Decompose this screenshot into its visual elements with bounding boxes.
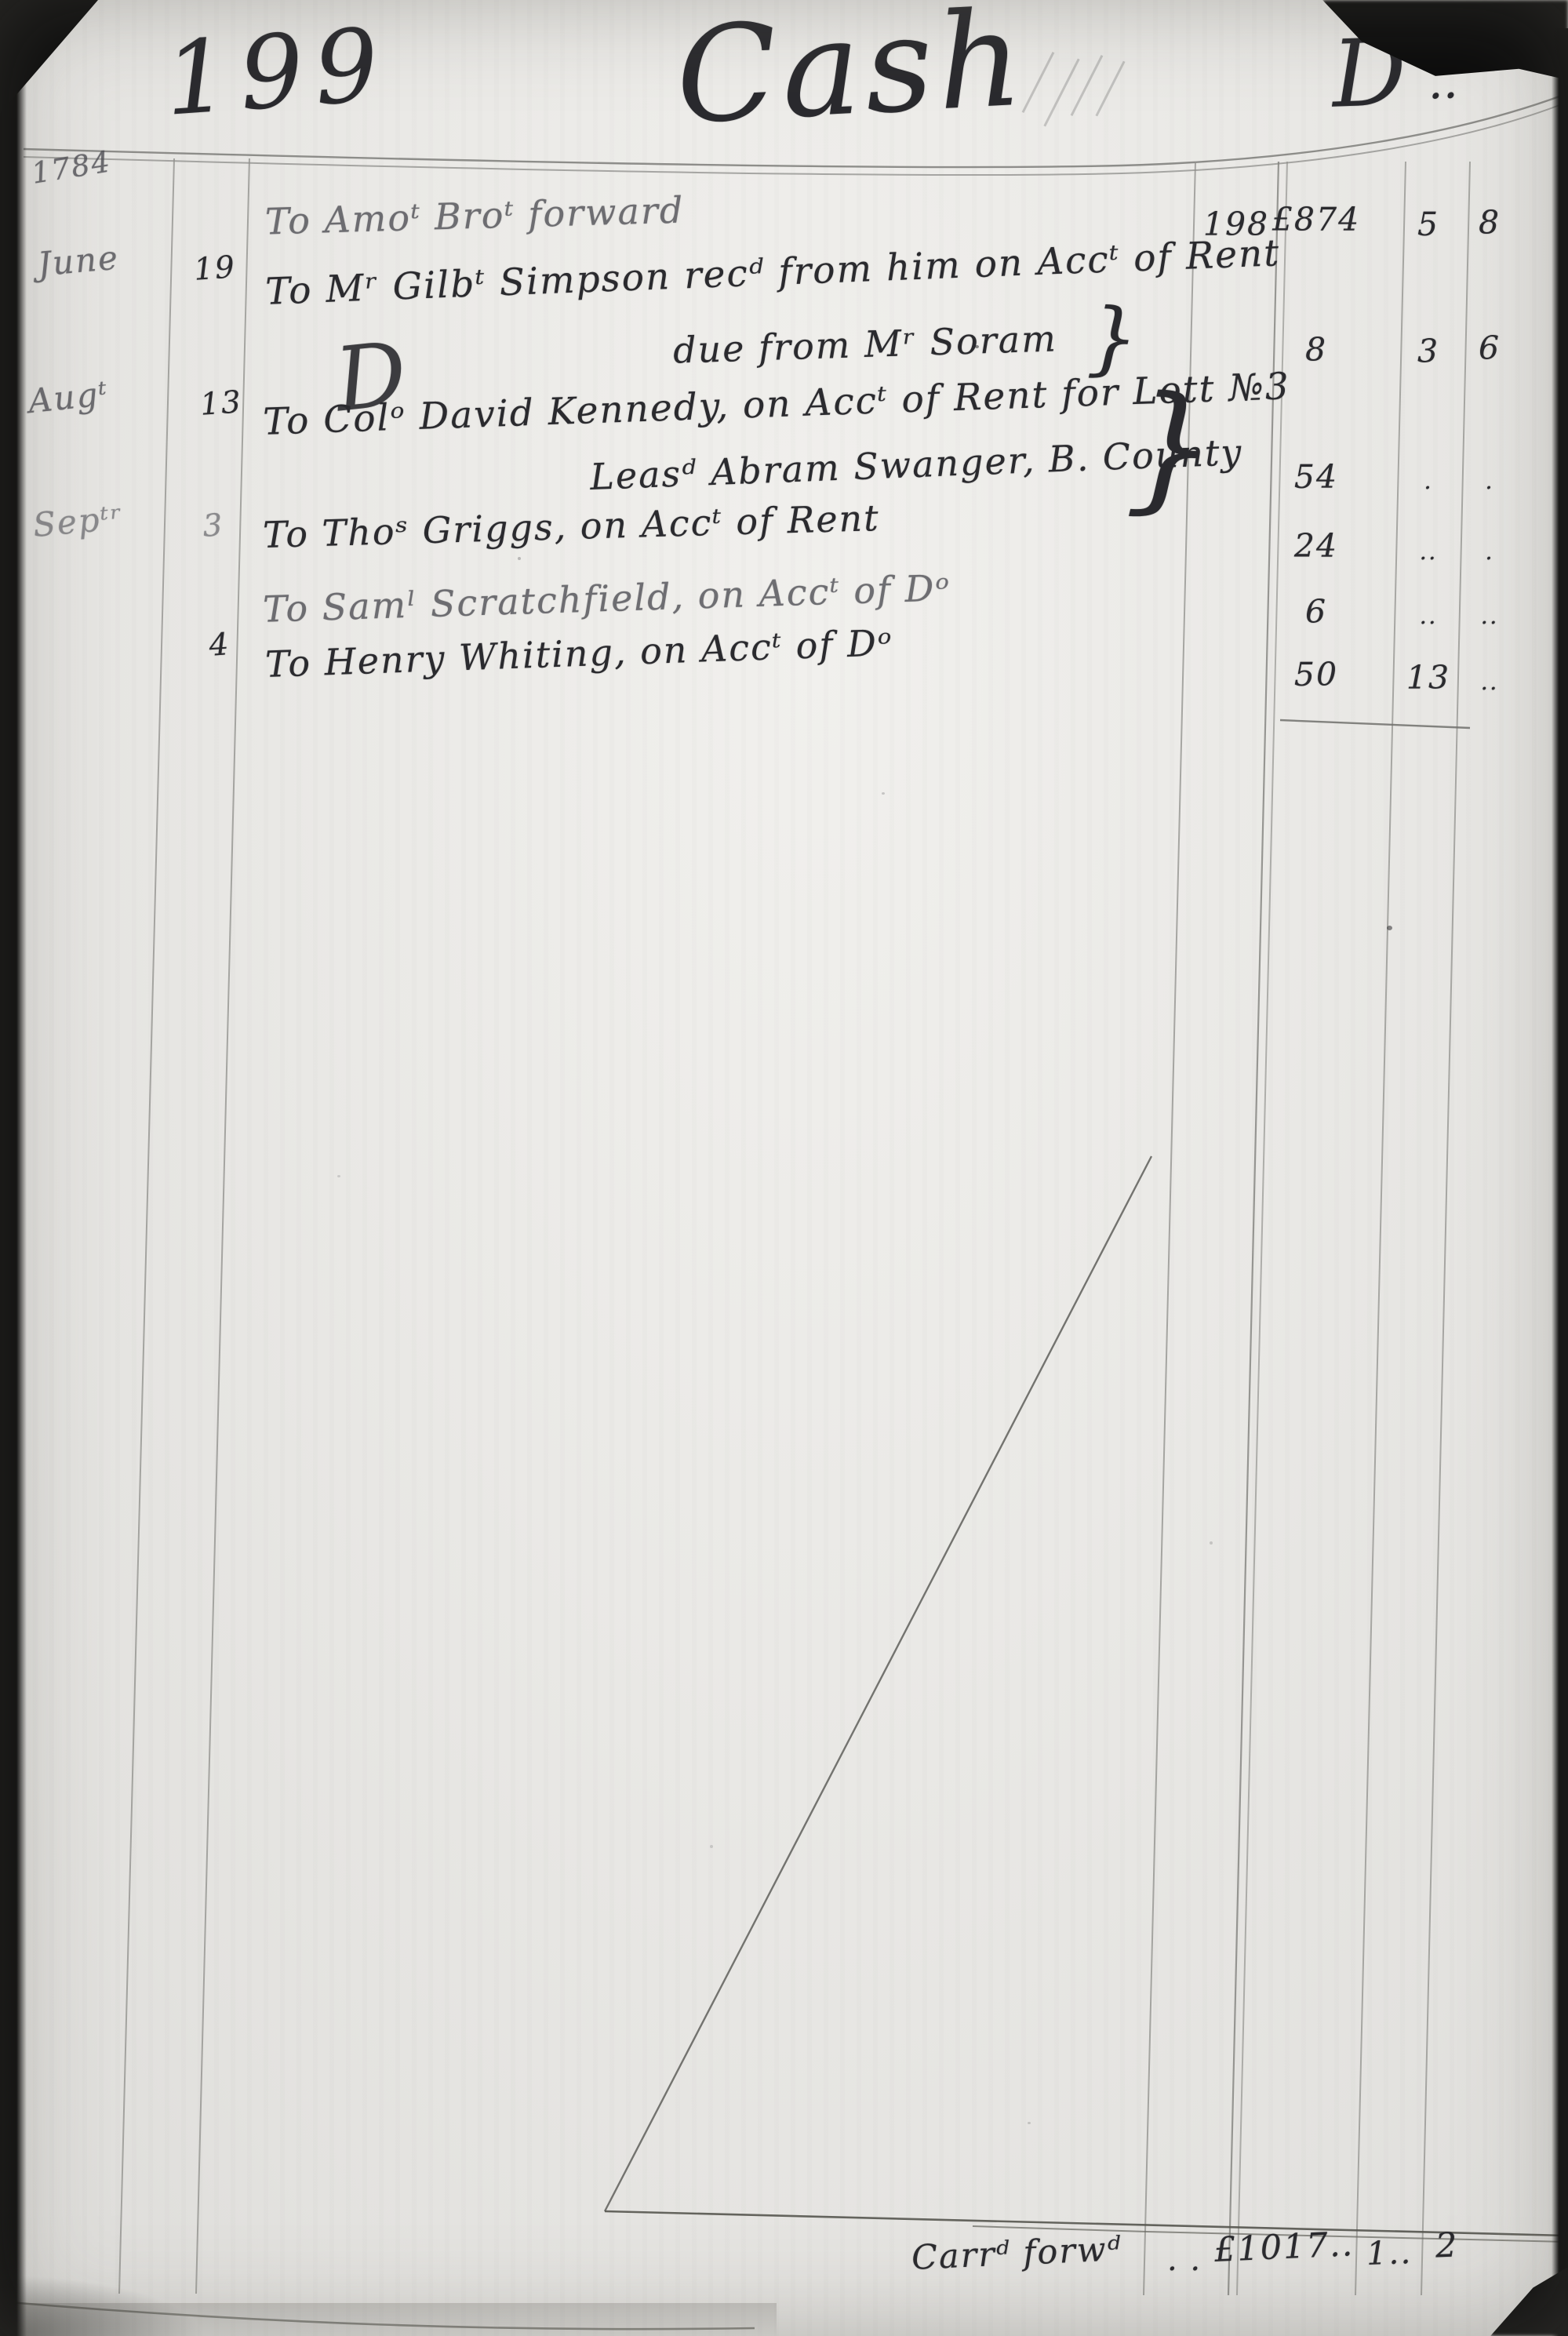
ink-speck (1028, 2122, 1031, 2124)
entry-day: 13 (187, 384, 256, 424)
scan-edge-left (0, 0, 27, 2336)
ink-speck (710, 1845, 713, 1848)
entry-day: 19 (181, 249, 249, 289)
ink-speck (337, 1175, 340, 1177)
entry-day: 4 (186, 625, 254, 665)
entry-shillings: 13 (1396, 659, 1461, 697)
ink-speck (518, 557, 521, 560)
ink-speck (1387, 926, 1392, 930)
entry-shillings: 5 (1396, 206, 1461, 243)
entry-pounds: £874 (1257, 201, 1376, 238)
entry-pounds: 54 (1257, 458, 1376, 496)
carried-forward-pounds: £1017.. (1213, 2225, 1355, 2270)
entry-month: Sepᵗʳ (31, 498, 125, 544)
entry-brace: } (1123, 366, 1218, 529)
entry-shillings: 3 (1396, 333, 1461, 370)
carried-forward-shillings: 1.. (1366, 2233, 1413, 2272)
entry-pounds: 24 (1257, 527, 1376, 565)
entry-pence: .. (1457, 668, 1522, 696)
entry-day: 3 (180, 506, 248, 546)
scan-edge-right (1552, 28, 1568, 2336)
entry-pounds: 50 (1257, 656, 1376, 693)
carried-forward-pence: 2 (1435, 2226, 1459, 2266)
page-title: Cash (672, 0, 1031, 154)
entry-pounds: 8 (1257, 331, 1376, 369)
entry-pounds: 6 (1257, 593, 1376, 631)
scan-corner-shadow-bottom-left (0, 2275, 204, 2336)
entry-pence: .. (1457, 602, 1522, 630)
page-number: 199 (161, 6, 393, 139)
entry-pence: 8 (1457, 204, 1522, 242)
entry-pence: . (1457, 468, 1522, 495)
ink-speck (1210, 1541, 1213, 1545)
ink-flourish-letter: D (330, 323, 413, 432)
entry-month: June (36, 238, 121, 284)
entry-shillings: .. (1396, 602, 1461, 630)
ink-speck (882, 792, 885, 795)
ledger-page-scan: { "page": { "number": "199", "title": "C… (0, 0, 1568, 2336)
carried-forward-dots: . . (1167, 2242, 1202, 2278)
entry-shillings: .. (1396, 538, 1461, 566)
entry-shillings: . (1396, 468, 1461, 495)
ink-speck (975, 345, 979, 348)
entry-pence: 6 (1457, 329, 1522, 367)
entry-pence: . (1457, 538, 1522, 566)
